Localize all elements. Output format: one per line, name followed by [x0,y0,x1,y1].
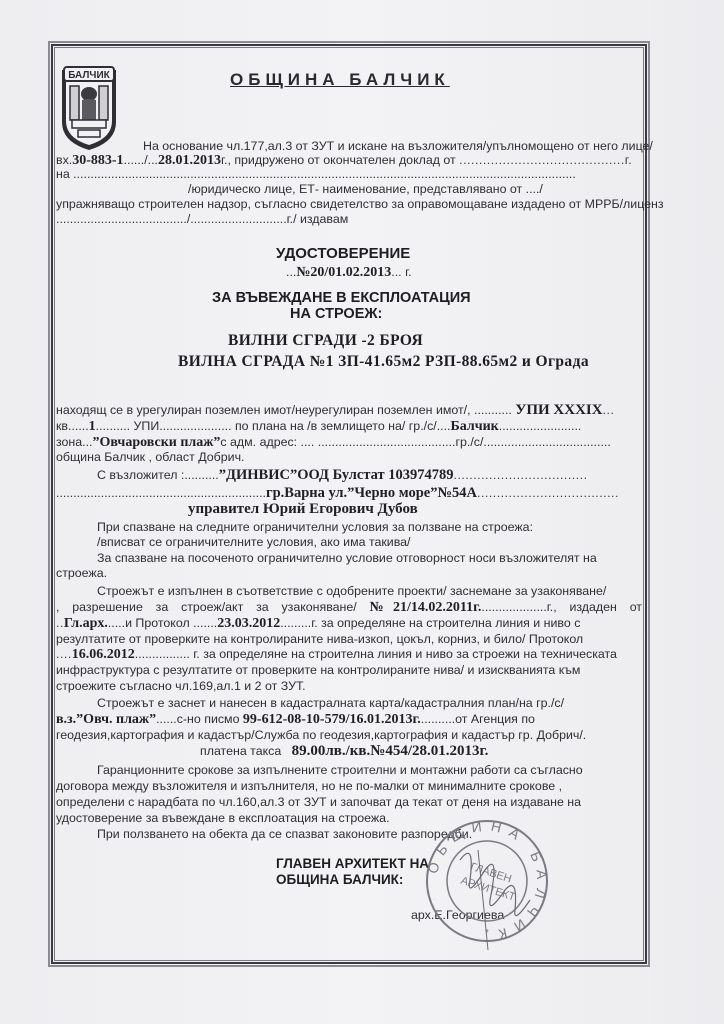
guarantee-line-2: договора между възложителя и изпълнителя… [56,779,562,794]
guarantee-line-1: Гаранционните срокове за изпълнените стр… [97,763,583,778]
town-name: Балчик [450,419,498,434]
certificate-subtitle-2: НА СТРОЕЖ: [290,306,382,322]
execution-line-6: инфраструктура с резултатите от проверки… [56,663,580,678]
location-line-2: кв......1.......... УПИ.................… [56,419,581,434]
contractor-address: гр.Варна ул.”Черно море”№54А [266,485,477,501]
municipality-title: ОБЩИНА БАЛЧИК [230,70,450,90]
execution-line-4: резултатите от проверките на контролиран… [56,632,583,647]
intro-line-6: ....................................../.… [56,212,348,227]
incoming-date: 28.01.2013 [158,153,221,168]
intro-line-1: На основание чл.177,ал.3 от ЗУТ и искане… [143,139,653,154]
certificate-title: УДОСТОВЕРЕНИЕ [276,245,410,262]
cadastre-line-3: геодезия,картография и кадастър/Служба п… [56,728,586,743]
cadastre-line-2: в.з.”Овч. плаж”......с-но писмо 99-612-0… [56,712,535,727]
guarantee-line-3: определени с нарадбата по чл.160,ал.3 от… [56,795,581,810]
certificate-number: №20/01.02.2013 [296,265,391,280]
area-name: в.з.”Овч. плаж” [56,712,156,727]
fee-value: 89.00лв./кв.№454/28.01.2013г. [292,743,489,759]
contractor-line-1: С възложител :..........”ДИНВИС”ООД Булс… [97,468,588,483]
plot-number: УПИ XXXIX [515,402,602,418]
guarantee-line-5: При ползването на обекта да се спазват з… [97,827,472,842]
location-line-3: зона...”Овчаровски плаж”с адм. адрес: ..… [56,435,611,450]
certificate-subtitle-1: ЗА ВЪВЕЖДАНЕ В ЕКСПЛОАТАЦИЯ [212,290,471,306]
execution-line-3: ..Гл.арх......и Протокол .......23.03.20… [56,616,580,631]
signatory-title-1: ГЛАВЕН АРХИТЕКТ НА [276,856,429,871]
intro-line-3: на .....................................… [56,167,640,182]
intro-line-2: вх.30-883-1....../...28.01.2013г., придр… [56,153,632,168]
execution-line-2: , разрешение за строеж/акт за узаконяван… [56,600,642,615]
execution-line-1: Строежът е изпълнен в съответствие с одо… [97,584,606,599]
conditions-line-1: При спазване на следните ограничителни у… [97,520,533,535]
conditions-line-4: строежа. [56,566,107,581]
balchik-coat-of-arms-icon: БАЛЧИК [58,64,120,152]
guarantee-line-4: удостоверение за въвеждане в експлоатаци… [56,811,390,826]
conditions-line-2: /вписват се ограничителните условия, ако… [97,535,411,550]
object-line-1: ВИЛНИ СГРАДИ -2 БРОЯ [228,332,423,350]
cadastre-line-1: Строежът е заснет и нанесен в кадастралн… [97,696,564,711]
signature-scribble-icon [430,830,550,960]
document-page: БАЛЧИК ОБЩИНА БАЛЧИК На основание чл.177… [0,0,724,1024]
certificate-number-line: ...№20/01.02.2013... г. [286,265,412,280]
protocol-2-date: 16.06.2012 [72,647,135,662]
object-line-2: ВИЛНА СГРАДА №1 ЗП-41.65м2 РЗП-88.65м2 и… [178,353,589,371]
intro-line-4: /юридическо лице, ЕТ- наименование, пред… [188,182,543,197]
permit-issuer: Гл.арх. [64,616,108,631]
execution-line-5: ....16.06.2012................ г. за опр… [56,647,617,662]
cadastre-letter: 99-612-08-10-579/16.01.2013г. [243,712,421,727]
permit-number: №21/14.02.2011г. [370,600,482,615]
signatory-title-2: ОБЩИНА БАЛЧИК: [276,872,403,887]
location-line-1: находящ се в урегулиран поземлен имот/не… [56,403,614,418]
svg-text:БАЛЧИК: БАЛЧИК [68,70,110,81]
intro-line-5: упражняващо строителен надзор, съгласно … [56,197,664,212]
contractor-manager: управител Юрий Егорович Дубов [188,502,418,517]
contractor-line-2: ........................................… [56,486,619,501]
contractor-name: ”ДИНВИС”ООД Булстат 103974789 [219,467,454,483]
zone-name: ”Овчаровски плаж” [93,435,221,450]
protocol-1-date: 23.03.2012 [217,616,280,631]
fee-line: платена такса 89.00лв./кв.№454/28.01.201… [200,744,488,759]
execution-line-7: строежите съгласно чл.169,ал.1 и 2 от ЗУ… [56,679,306,694]
incoming-number: 30-883-1 [72,153,123,168]
quarter-number: 1 [89,419,96,434]
location-line-4: община Балчик , област Добрич. [56,450,244,465]
conditions-line-3: За спазване на посоченото ограничително … [97,551,597,566]
